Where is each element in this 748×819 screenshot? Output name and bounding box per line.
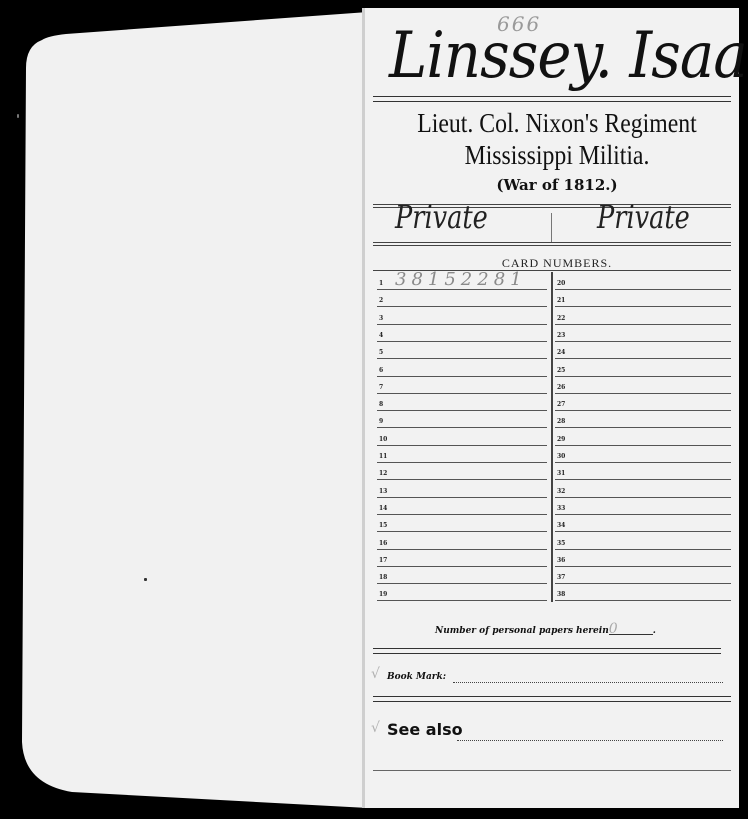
- card-number-row: 16: [377, 532, 547, 550]
- card-number-row: 22: [555, 307, 731, 325]
- card-row-index: 1: [379, 280, 383, 287]
- rank-bottom-rule-2: [373, 245, 731, 246]
- card-row-index: 34: [557, 522, 565, 529]
- organization-title: Mississippi Militia.: [395, 140, 719, 170]
- book-mark-field: [453, 681, 723, 683]
- personal-papers-value: 0: [609, 624, 653, 635]
- soldier-name: Linssey. Isaac: [389, 16, 704, 96]
- card-row-index: 31: [557, 470, 565, 477]
- card-number-row: 13: [377, 480, 547, 498]
- card-row-index: 29: [557, 436, 565, 443]
- card-row-index: 9: [379, 418, 383, 425]
- card-row-index: 30: [557, 453, 565, 460]
- card-number-row: 36: [555, 549, 731, 567]
- card-row-index: 23: [557, 332, 565, 339]
- card-number-row: 30: [555, 445, 731, 463]
- paper-speck: [17, 114, 19, 118]
- card-row-index: 36: [557, 557, 565, 564]
- card-row-index: 25: [557, 367, 565, 374]
- war-label: (War of 1812.): [373, 176, 741, 194]
- card-number-row: 29: [555, 428, 731, 446]
- card-row-index: 19: [379, 591, 387, 598]
- card-number-row: 3: [377, 307, 547, 325]
- card-number-row: 31: [555, 462, 731, 480]
- card-number-row: 28: [555, 410, 731, 428]
- card-number-row: 9: [377, 410, 547, 428]
- card-row-index: 6: [379, 367, 383, 374]
- card-number-row: 24: [555, 341, 731, 359]
- card-number-row: 35: [555, 532, 731, 550]
- book-mark-rule: [373, 696, 731, 702]
- card-number-row: 15: [377, 514, 547, 532]
- card-row-index: 16: [379, 540, 387, 547]
- card-number-row: 8: [377, 393, 547, 411]
- card-number-row: 2: [377, 289, 547, 307]
- card-row-index: 35: [557, 540, 565, 547]
- card-row-index: 22: [557, 315, 565, 322]
- card-column-divider: [551, 272, 553, 602]
- card-row-index: 38: [557, 591, 565, 598]
- card-row-index: 10: [379, 436, 387, 443]
- card-row-index: 4: [379, 332, 383, 339]
- card-number-row: 34: [555, 514, 731, 532]
- card-number-row: 21: [555, 289, 731, 307]
- card-number-row: 6: [377, 359, 547, 377]
- card-row-index: 5: [379, 349, 383, 356]
- card-row-index: 20: [557, 280, 565, 287]
- card-number-row: 38: [555, 583, 731, 601]
- papers-rule: [373, 648, 721, 654]
- personal-papers-label: Number of personal papers herein: [435, 626, 609, 636]
- see-also-label: See also: [387, 720, 463, 739]
- card-row-index: 33: [557, 505, 565, 512]
- card-row-index: 3: [379, 315, 383, 322]
- card-row-index: 2: [379, 297, 383, 304]
- card-row-index: 18: [379, 574, 387, 581]
- personal-papers-line: Number of personal papers herein0.: [435, 624, 656, 636]
- card-number-row: 14: [377, 497, 547, 515]
- card-number-value: 38152281: [395, 269, 527, 290]
- rank-bottom-rule: [373, 242, 731, 243]
- card-number-row: 4: [377, 324, 547, 342]
- card-number-row: 7: [377, 376, 547, 394]
- card-number-row: 33: [555, 497, 731, 515]
- card-row-index: 17: [379, 557, 387, 564]
- record-jacket-page: 666 Linssey. Isaac Lieut. Col. Nixon's R…: [362, 8, 739, 808]
- rank-entered: Private: [395, 198, 488, 236]
- card-row-index: 11: [379, 453, 387, 460]
- card-row-index: 28: [557, 418, 565, 425]
- card-number-row: 17: [377, 549, 547, 567]
- card-row-index: 21: [557, 297, 565, 304]
- rank-divider: [551, 213, 552, 243]
- card-row-index: 32: [557, 488, 565, 495]
- card-number-row: 10: [377, 428, 547, 446]
- card-row-index: 14: [379, 505, 387, 512]
- card-number-row: 12: [377, 462, 547, 480]
- card-row-index: 15: [379, 522, 387, 529]
- regiment-title: Lieut. Col. Nixon's Regiment: [395, 108, 719, 138]
- card-row-index: 13: [379, 488, 387, 495]
- card-row-index: 37: [557, 574, 565, 581]
- book-mark-label: Book Mark:: [387, 672, 446, 682]
- check-mark-icon: √: [371, 720, 380, 736]
- card-number-row: 26: [555, 376, 731, 394]
- card-row-index: 27: [557, 401, 565, 408]
- left-blank-page: [12, 12, 368, 808]
- card-row-index: 24: [557, 349, 565, 356]
- check-mark-icon: √: [371, 666, 380, 682]
- card-number-row: 23: [555, 324, 731, 342]
- card-number-row: 20: [555, 272, 731, 290]
- card-number-row: 138152281: [377, 272, 547, 290]
- card-row-index: 8: [379, 401, 383, 408]
- see-also-field: [457, 739, 723, 741]
- card-row-index: 12: [379, 470, 387, 477]
- paper-speck: [144, 578, 147, 581]
- card-number-row: 37: [555, 566, 731, 584]
- card-number-row: 5: [377, 341, 547, 359]
- see-also-rule: [373, 770, 731, 771]
- name-underline: [373, 96, 731, 102]
- card-row-index: 26: [557, 384, 565, 391]
- card-row-index: 7: [379, 384, 383, 391]
- card-number-row: 32: [555, 480, 731, 498]
- card-number-row: 25: [555, 359, 731, 377]
- card-number-row: 19: [377, 583, 547, 601]
- card-number-row: 27: [555, 393, 731, 411]
- card-number-row: 18: [377, 566, 547, 584]
- card-number-row: 11: [377, 445, 547, 463]
- rank-discharged: Private: [597, 198, 690, 236]
